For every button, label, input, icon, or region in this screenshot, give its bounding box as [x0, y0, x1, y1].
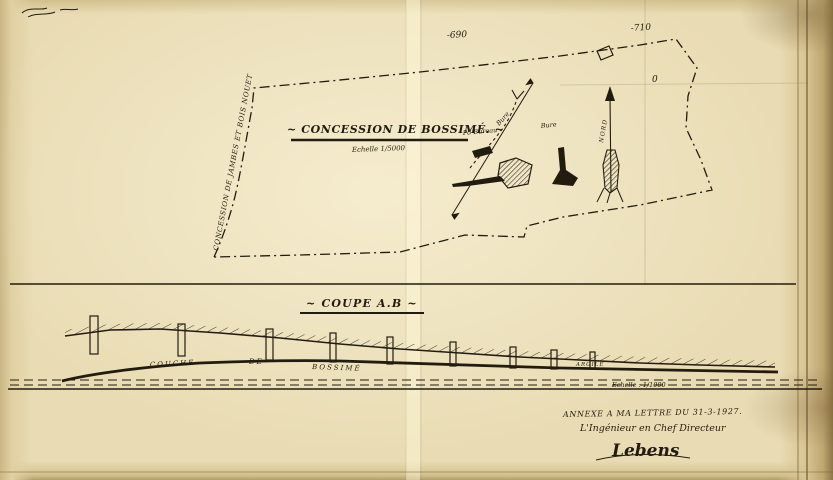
north-label: NORD: [598, 118, 609, 144]
shaft-7: [510, 347, 516, 368]
working-anchor-shape: [552, 147, 578, 186]
corner-pen-marks: [22, 8, 78, 17]
signature: Lebens: [611, 441, 680, 461]
seam-label-couche: COUCHE: [150, 359, 196, 369]
pencil-elevation-left: -690: [447, 30, 468, 41]
shaft-5: [387, 337, 393, 364]
section-scale-note: Echelle : 1/1000: [611, 381, 666, 389]
seam-label-bossime: BOSSIMÉ: [311, 362, 362, 373]
pencil-zero-mark: 0: [652, 75, 658, 85]
argile-label: ARGILE: [575, 362, 604, 368]
working-head-shape: [498, 158, 532, 188]
map-scale-note: Echelle 1/5000: [351, 144, 406, 154]
label-bure-right: Bure: [539, 120, 557, 130]
annex-note: ANNEXE A MA LETTRE DU 31-3-1927.: [562, 407, 743, 419]
section-title: ~ COUPE A.B ~: [306, 297, 418, 310]
bureau-marker-shape: [472, 146, 493, 158]
shaft-6: [450, 342, 456, 366]
drawing-canvas: CONCESSION DE JAMBES ET BOIS NOUET ~ CON…: [0, 0, 833, 480]
seam-label-de: DE: [248, 358, 264, 366]
pencil-elevation-right: -710: [631, 23, 652, 34]
scanned-document: CONCESSION DE JAMBES ET BOIS NOUET ~ CON…: [0, 0, 833, 480]
section-trace-line: [452, 79, 533, 219]
footer-block: ANNEXE A MA LETTRE DU 31-3-1927. L'Ingén…: [562, 407, 743, 461]
working-arm-shape: [452, 176, 505, 187]
boundary-square-marker: [597, 46, 613, 60]
shaft-1: [90, 316, 98, 354]
role-line: L'Ingénieur en Chef Directeur: [579, 423, 727, 434]
pencil-annotations: -690 -710 0: [447, 23, 658, 85]
map-panel: CONCESSION DE JAMBES ET BOIS NOUET ~ CON…: [212, 23, 712, 257]
concession-boundary-line: [214, 39, 712, 257]
north-arrow-icon: [597, 86, 623, 203]
boundary-label: CONCESSION DE JAMBES ET BOIS NOUET: [212, 72, 254, 251]
